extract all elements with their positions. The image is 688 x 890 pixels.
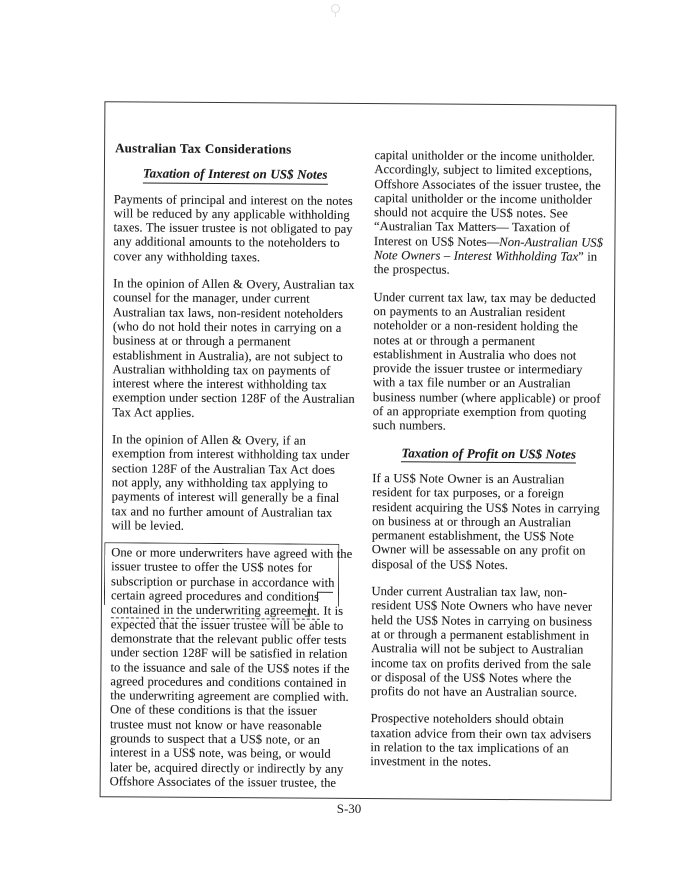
paragraph-offshore-associates-text: capital unitholder or the income unithol…	[374, 148, 601, 249]
paragraph-allen-overy-opinion-1: In the opinion of Allen & Overy, Austral…	[112, 276, 355, 421]
paragraph-underwriters: One or more underwriters have agreed wit…	[110, 545, 354, 790]
paragraph-underwriters-boxed-text: One or more underwriters have agreed wit…	[111, 545, 352, 603]
heading-taxation-of-profit: Taxation of Profit on US$ Notes	[372, 446, 605, 464]
paragraph-withholding-intro: Payments of principal and interest on th…	[113, 192, 356, 265]
page-border-box: Australian Tax Considerations Taxation o…	[100, 101, 617, 801]
section-title: Australian Tax Considerations	[115, 141, 357, 157]
paragraph-allen-overy-opinion-2: In the opinion of Allen & Overy, if an e…	[111, 432, 354, 534]
left-column: Australian Tax Considerations Taxation o…	[110, 141, 357, 803]
annotation-step-bracket	[317, 592, 333, 602]
scanned-document-page: Australian Tax Considerations Taxation o…	[0, 0, 688, 890]
paragraph-underwriters-rest-text: It is expected that the issuer trustee w…	[110, 604, 350, 790]
page-number: S-30	[0, 801, 688, 817]
paragraph-tax-file-number: Under current tax law, tax may be deduct…	[373, 290, 607, 435]
heading-taxation-of-profit-label: Taxation of Profit on US$ Notes	[401, 446, 576, 464]
paragraph-resident-assessable: If a US$ Note Owner is an Australian res…	[372, 471, 605, 573]
heading-taxation-of-interest: Taxation of Interest on US$ Notes	[114, 167, 357, 185]
heading-taxation-of-interest-label: Taxation of Interest on US$ Notes	[143, 167, 328, 185]
right-column: capital unitholder or the income unithol…	[370, 143, 607, 783]
paragraph-offshore-associates: capital unitholder or the income unithol…	[374, 148, 607, 278]
paragraph-prospective-noteholders: Prospective noteholders should obtain ta…	[370, 711, 603, 770]
paragraph-non-resident-profits: Under current Australian tax law, non-re…	[371, 584, 604, 700]
scan-artifact	[331, 4, 340, 13]
